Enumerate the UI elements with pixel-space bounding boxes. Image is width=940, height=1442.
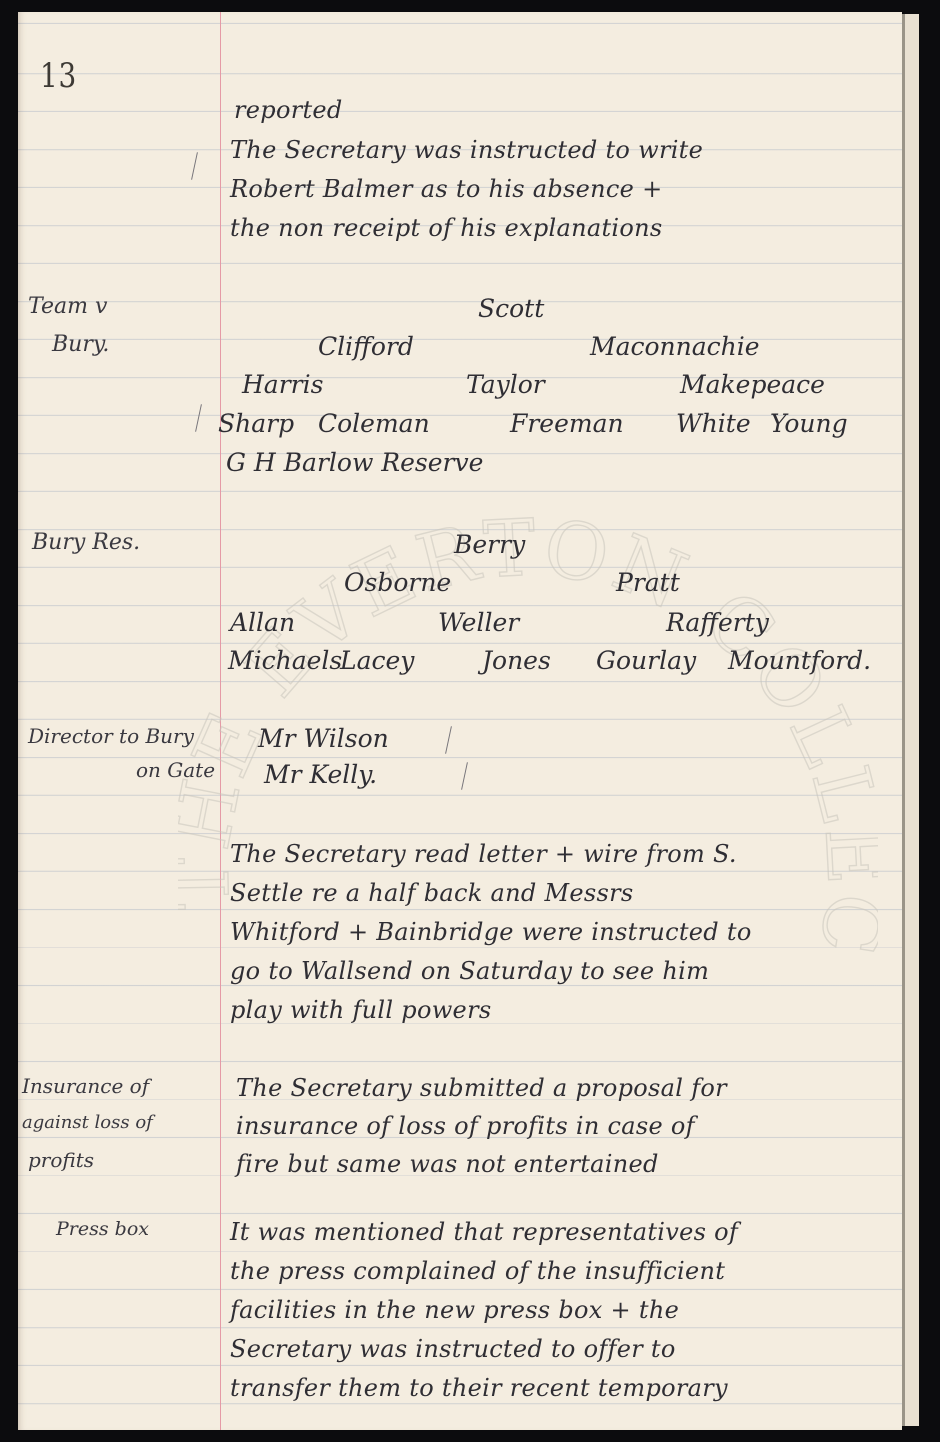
body-line: insurance of loss of profits in case of: [236, 1112, 695, 1140]
player-name: Mountford.: [728, 646, 871, 675]
margin-note: on Gate: [136, 758, 215, 782]
check-mark: [461, 762, 468, 790]
margin-note: Director to Bury: [28, 724, 194, 748]
page-number: 13: [40, 56, 77, 96]
director-name: Mr Wilson: [258, 724, 389, 753]
player-name: Rafferty: [666, 608, 769, 637]
player-name: Pratt: [616, 568, 680, 597]
director-name: Mr Kelly.: [264, 760, 377, 789]
margin-note: Bury.: [52, 332, 109, 357]
player-name: Gourlay: [596, 646, 696, 675]
check-mark: [445, 726, 452, 754]
margin-note: against loss of: [22, 1112, 153, 1133]
body-line: Settle re a half back and Messrs: [230, 879, 633, 907]
body-line: The Secretary read letter + wire from S.: [230, 840, 737, 868]
player-name: Freeman: [510, 409, 624, 438]
player-name: White: [676, 409, 751, 438]
player-name: Makepeace: [680, 370, 825, 399]
body-line: Whitford + Bainbridge were instructed to: [230, 918, 752, 946]
player-name: Allan: [230, 608, 295, 637]
ledger-page: 13 THE EVERTON COLLECTION CHARITABLE TRU…: [18, 12, 902, 1430]
player-name: Harris: [242, 370, 323, 399]
body-line: transfer them to their recent temporary: [230, 1374, 728, 1402]
margin-note: Press box: [56, 1218, 149, 1240]
body-line: the non receipt of his explanations: [230, 214, 663, 242]
margin-rule: [220, 12, 221, 1430]
player-name: Scott: [478, 294, 544, 323]
body-line: Secretary was instructed to offer to: [230, 1335, 676, 1363]
player-name: Berry: [454, 530, 525, 559]
player-name: Young: [770, 409, 848, 438]
margin-note: Bury Res.: [32, 530, 140, 555]
player-name: Taylor: [466, 370, 545, 399]
player-name: Osborne: [344, 568, 451, 597]
margin-note: Team v: [28, 294, 107, 319]
body-line: play with full powers: [230, 996, 491, 1024]
player-name: Weller: [438, 608, 519, 637]
player-name: Coleman: [318, 409, 430, 438]
body-line: fire but same was not entertained: [236, 1150, 659, 1178]
player-name: Clifford: [318, 332, 414, 361]
player-name: Maconnachie: [590, 332, 760, 361]
body-line: The Secretary submitted a proposal for: [236, 1074, 727, 1102]
player-name: Lacey: [340, 646, 414, 675]
margin-note: Insurance of: [22, 1074, 149, 1098]
body-line: It was mentioned that representatives of: [230, 1218, 738, 1246]
margin-note: profits: [28, 1148, 94, 1172]
page-edge: [902, 14, 919, 1426]
player-name: Jones: [482, 646, 551, 675]
body-line: Robert Balmer as to his absence +: [230, 175, 663, 203]
body-line: facilities in the new press box + the: [230, 1296, 679, 1324]
player-name: Michaels: [228, 646, 342, 675]
body-line: The Secretary was instructed to write: [230, 136, 703, 164]
body-line: reported: [234, 96, 343, 124]
reserve-line: G H Barlow Reserve: [226, 448, 483, 477]
check-mark: [195, 404, 202, 432]
check-mark: [191, 152, 198, 180]
body-line: the press complained of the insufficient: [230, 1257, 725, 1285]
player-name: Sharp: [218, 409, 294, 438]
body-line: go to Wallsend on Saturday to see him: [230, 957, 709, 985]
